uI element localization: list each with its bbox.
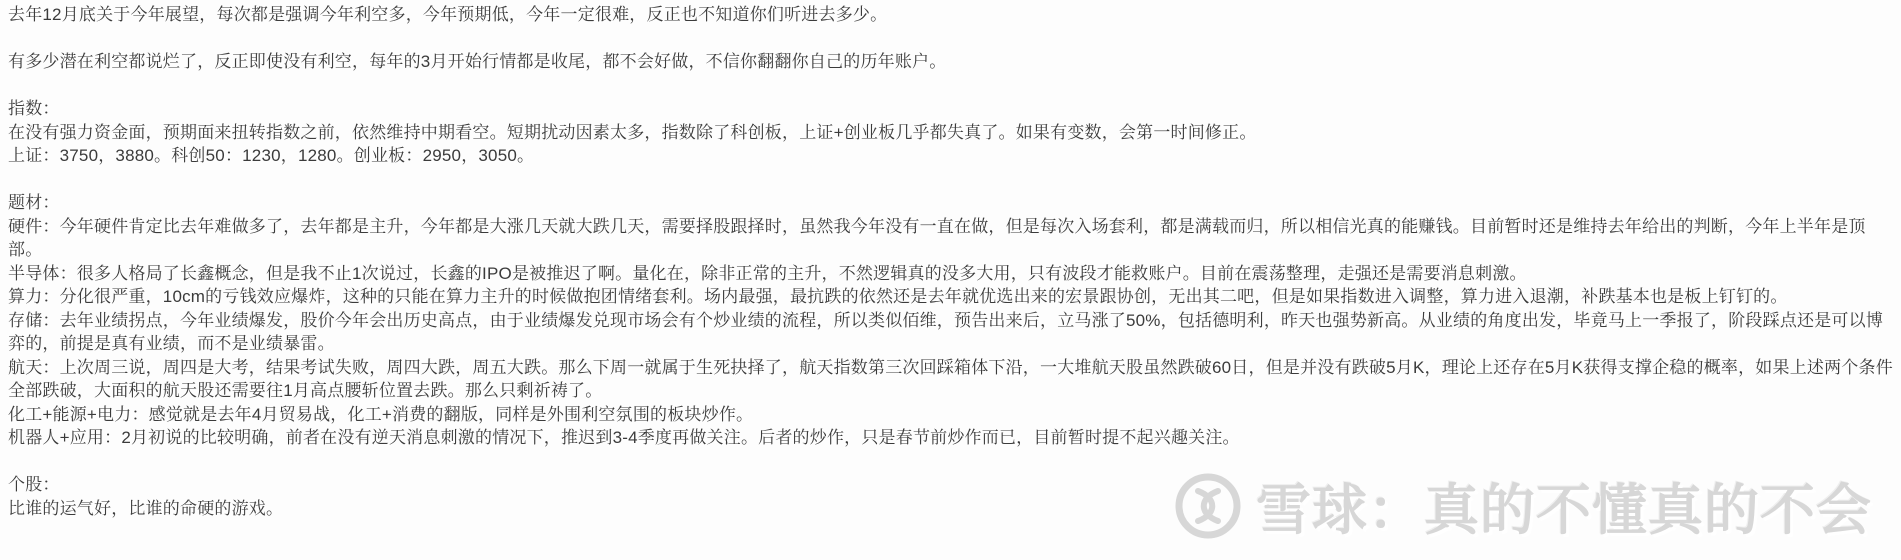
section-index: 指数： 在没有强力资金面，预期面来扭转指数之前，依然维持中期看空。短期扰动因素太…	[8, 97, 1895, 168]
post-screenshot: 去年12月底关于今年展望，每次都是强调今年利空多，今年预期低，今年一定很难，反正…	[0, 0, 1901, 560]
paragraph-intro-bearish: 有多少潜在利空都说烂了，反正即使没有利空，每年的3月开始行情都是收尾，都不会好做…	[8, 50, 1895, 74]
section-themes: 题材： 硬件：今年硬件肯定比去年难做多了，去年都是主升，今年都是大涨几天就大跌几…	[8, 191, 1895, 450]
section-stocks: 个股： 比谁的运气好，比谁的命硬的游戏。	[8, 473, 1895, 520]
post-body: 去年12月底关于今年展望，每次都是强调今年利空多，今年预期低，今年一定很难，反正…	[8, 3, 1895, 544]
paragraph-intro-outlook: 去年12月底关于今年展望，每次都是强调今年利空多，今年预期低，今年一定很难，反正…	[8, 3, 1895, 27]
